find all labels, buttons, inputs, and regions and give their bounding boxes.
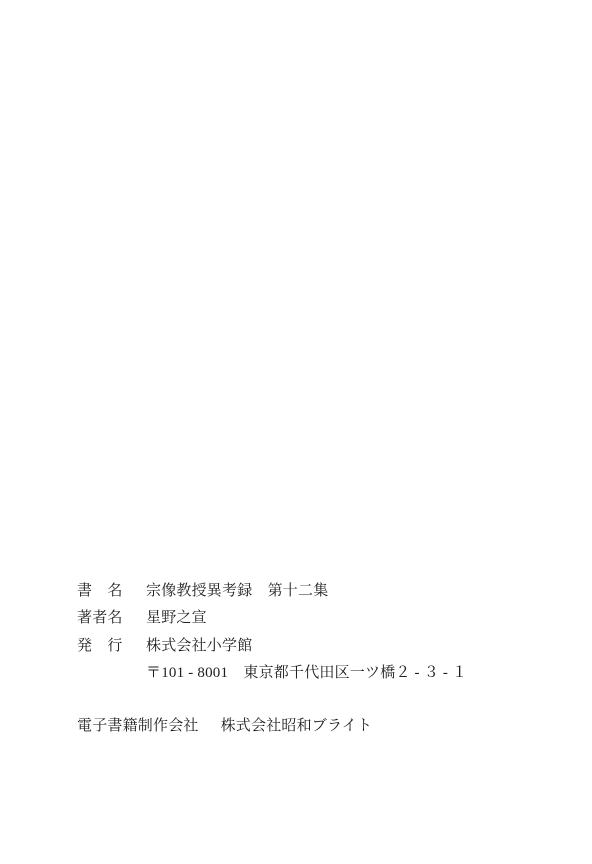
- author-value: 星野之宣: [146, 605, 207, 632]
- publisher-value: 株式会社小学館: [146, 633, 252, 660]
- book-title-value: 宗像教授異考録 第十二集: [146, 578, 328, 605]
- book-title-label: 書 名: [77, 578, 146, 605]
- producer-row: 電子書籍制作会社 株式会社昭和ブライト: [77, 713, 467, 740]
- producer-label: 電子書籍制作会社: [77, 713, 199, 740]
- publisher-label: 発 行: [77, 633, 146, 660]
- publisher-address-row: 〒101 - 8001 東京都千代田区一ツ橋２ - ３ - １: [77, 660, 467, 687]
- book-title-row: 書 名 宗像教授異考録 第十二集: [77, 578, 467, 605]
- producer-value: 株式会社昭和ブライト: [221, 713, 373, 740]
- author-label: 著者名: [77, 605, 146, 632]
- author-row: 著者名 星野之宣: [77, 605, 467, 632]
- publisher-address-spacer: [77, 660, 146, 687]
- colophon-block: 書 名 宗像教授異考録 第十二集 著者名 星野之宣 発 行 株式会社小学館 〒1…: [77, 578, 467, 740]
- publisher-row: 発 行 株式会社小学館: [77, 633, 467, 660]
- publisher-address-value: 〒101 - 8001 東京都千代田区一ツ橋２ - ３ - １: [146, 660, 467, 687]
